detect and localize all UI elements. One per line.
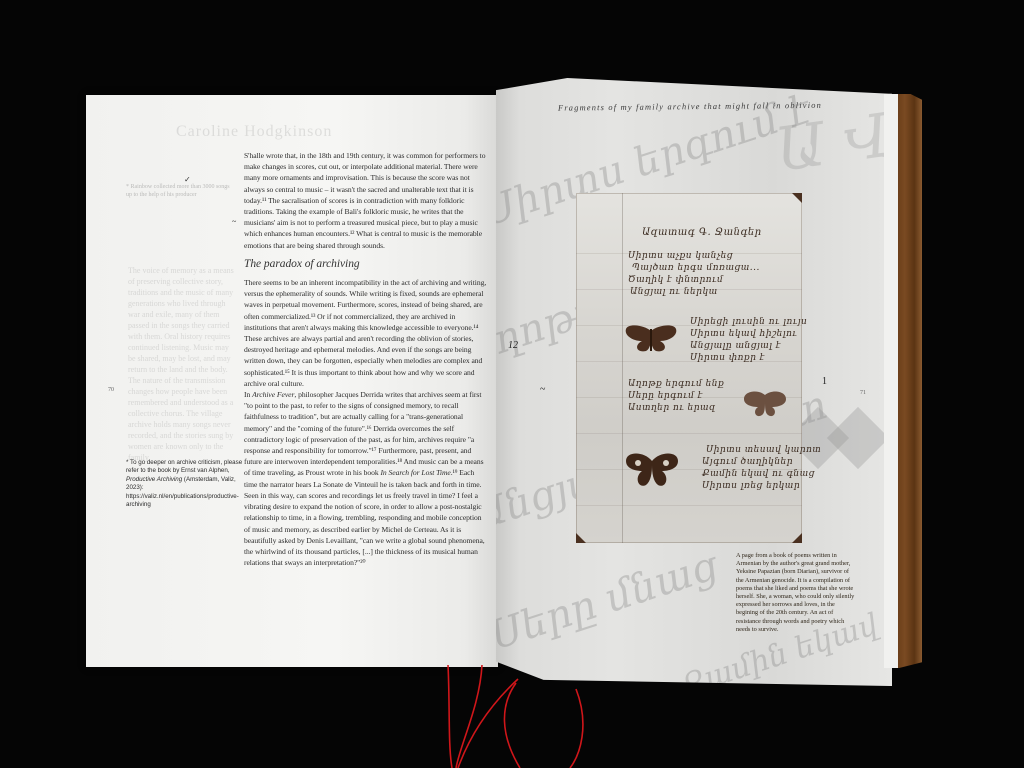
margin-rule bbox=[622, 193, 623, 543]
manuscript-line: Սերը երգում է bbox=[628, 391, 703, 402]
show-through-note: * Rainbow collected more than 3000 songs… bbox=[126, 183, 236, 199]
book-title-archive-fever: Archive Fever bbox=[252, 390, 294, 399]
photo-caption: A page from a book of poems written in A… bbox=[736, 552, 858, 634]
manuscript-line: Պայծառ երգս մոռացա... bbox=[632, 263, 760, 274]
margin-mark: 12 bbox=[508, 340, 518, 351]
ink-mark: ~ bbox=[540, 384, 545, 395]
manuscript-photo: Ազատագ Գ. Ջանգեր Սիրտս աչքս կանչեց Պայծա… bbox=[576, 193, 802, 543]
manuscript-line: Սիրեցի լուսին ու լույս bbox=[690, 317, 807, 328]
footnote: * To go deeper on archive criticism, ple… bbox=[126, 459, 244, 509]
page-number-right: 71 bbox=[860, 390, 866, 396]
page-number-left: 70 bbox=[108, 387, 114, 393]
body-text-column: S'halle wrote that, in the 18th and 19th… bbox=[244, 150, 488, 568]
book-title-proust: In Search for Lost Time bbox=[380, 468, 450, 477]
section-heading: The paradox of archiving bbox=[244, 259, 488, 270]
right-page: Սիրտս երգում է Աղոթք ու երազ Անցյալ ու կ… bbox=[496, 78, 892, 686]
page-edge bbox=[884, 94, 898, 668]
manuscript-line: Աստղեր ու երազ bbox=[628, 403, 716, 414]
moth-icon bbox=[624, 323, 678, 357]
manuscript-line: Սիրտս աչքս կանչեց bbox=[628, 251, 733, 262]
ink-mark: ~ bbox=[232, 217, 236, 226]
manuscript-line: Անցյալ ու ներկա bbox=[630, 287, 718, 298]
manuscript-line: Աղոթք երգում ենք bbox=[628, 379, 724, 390]
paragraph-archiving: There seems to be an inherent incompatib… bbox=[244, 277, 488, 389]
manuscript-title: Ազատագ Գ. Ջանգեր bbox=[642, 227, 762, 238]
butterfly-icon bbox=[742, 389, 788, 421]
intro-paragraph: S'halle wrote that, in the 18th and 19th… bbox=[244, 150, 488, 251]
butterfly-icon bbox=[624, 451, 680, 491]
ink-mark: 1 bbox=[822, 376, 827, 387]
magazine-spread: Caroline Hodgkinson * Rainbow collected … bbox=[0, 0, 1024, 768]
manuscript-line: Սիրտս փոքր է bbox=[690, 353, 765, 364]
manuscript-line: Սիրտս լռեց երկար bbox=[702, 481, 800, 492]
photo-corner bbox=[792, 533, 802, 543]
paragraph-derrida: In Archive Fever, philosopher Jacques De… bbox=[244, 389, 488, 568]
footnote-book-title: Productive Archiving bbox=[126, 476, 182, 483]
manuscript-line: Անցյալը անցյալ է bbox=[690, 341, 781, 352]
left-page: Caroline Hodgkinson * Rainbow collected … bbox=[86, 95, 498, 667]
manuscript-line: Սիրտս եկավ հիշելու bbox=[690, 329, 797, 340]
photo-corner bbox=[792, 193, 802, 203]
photo-corner bbox=[576, 533, 586, 543]
manuscript-line: Սիրտս տեսավ կարոտ bbox=[706, 445, 821, 456]
manuscript-line: Քամին եկավ ու գնաց bbox=[702, 469, 815, 480]
ink-mark: ✓ bbox=[184, 175, 191, 184]
red-binding-thread bbox=[430, 665, 600, 768]
manuscript-line: Այգում ծաղիկներ bbox=[702, 457, 793, 468]
manuscript-line: Ծաղիկ է փնտրում bbox=[628, 275, 723, 286]
show-through-title: Caroline Hodgkinson bbox=[176, 123, 332, 141]
